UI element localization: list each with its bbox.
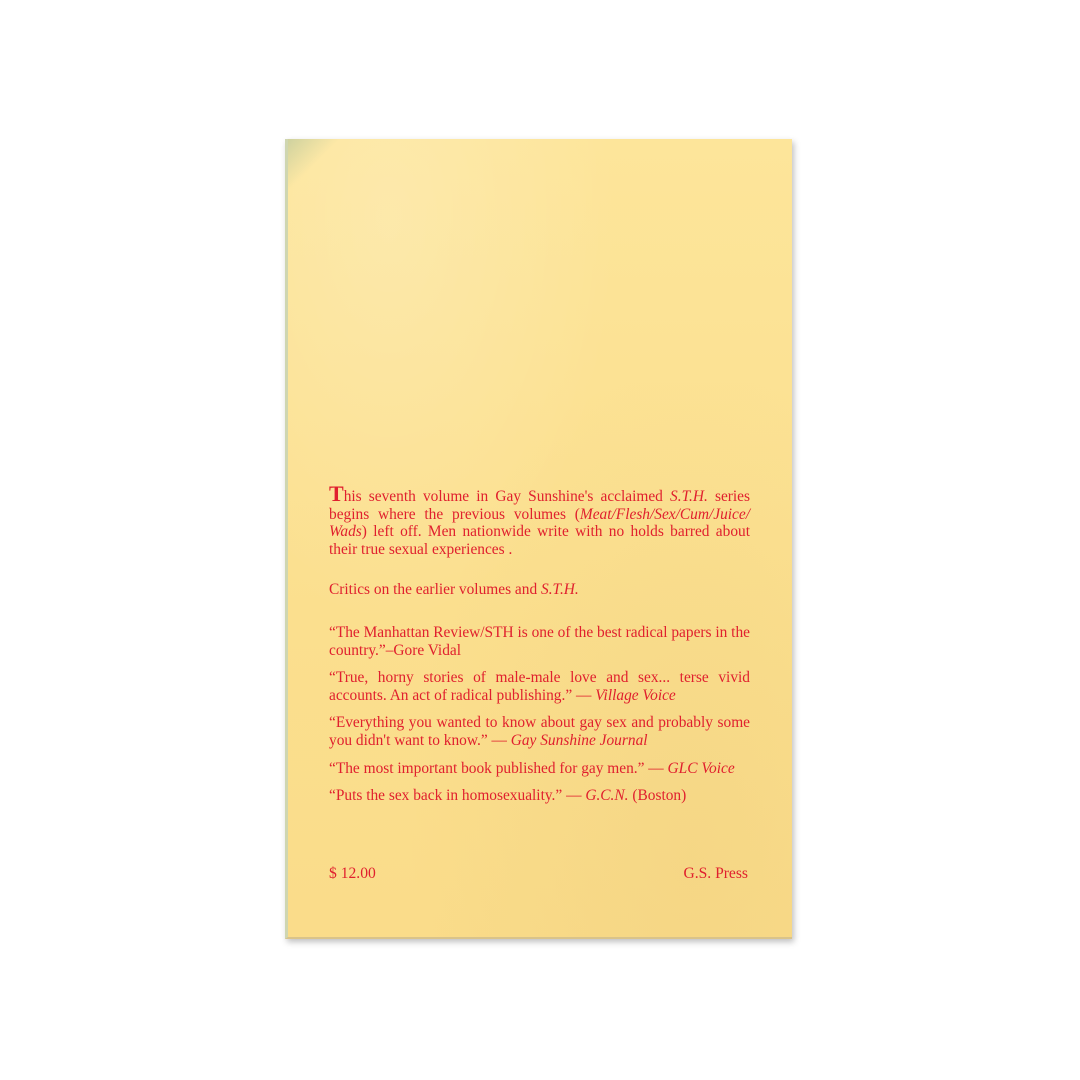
quote: “Puts the sex back in homosexuality.” — … (329, 787, 750, 805)
price-label: $ 12.00 (329, 865, 376, 883)
drop-cap: T (329, 481, 344, 506)
quote-source: Gay Sunshine Journal (511, 732, 648, 749)
quote: “The most important book published for g… (329, 760, 750, 778)
blurb-paragraph: This seventh volume in Gay Sunshine's ac… (329, 483, 750, 558)
quote-source: Gore Vidal (393, 642, 461, 659)
cover-text: This seventh volume in Gay Sunshine's ac… (329, 483, 750, 805)
critics-intro: Critics on the earlier volumes and S.T.H… (329, 581, 750, 599)
series-title: S.T.H. (670, 488, 708, 505)
quote-source: GLC Voice (668, 760, 735, 777)
quote: “True, horny stories of male-male love a… (329, 669, 750, 704)
publisher-label: G.S. Press (683, 865, 748, 883)
quote: “The Manhattan Review/STH is one of the … (329, 624, 750, 659)
quote-source: Village Voice (595, 687, 675, 704)
cover-wear-mark (288, 139, 348, 209)
quote: “Everything you wanted to know about gay… (329, 714, 750, 749)
book-back-cover: This seventh volume in Gay Sunshine's ac… (285, 139, 792, 939)
quote-source: G.C.N. (585, 787, 628, 804)
